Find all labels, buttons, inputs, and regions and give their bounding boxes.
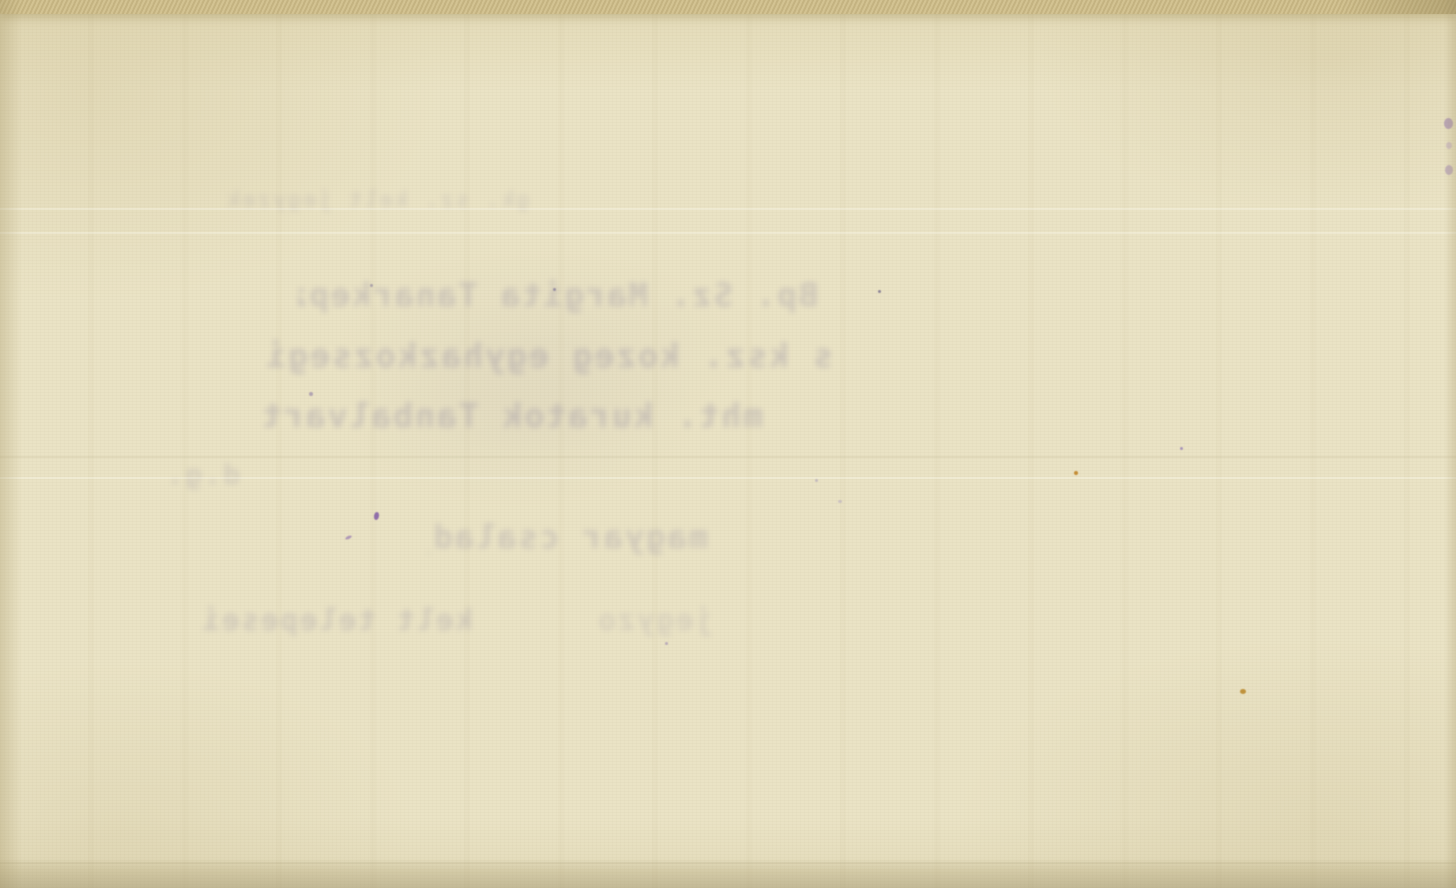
scanned-paper-page: gk. sz. kelt jegyzekBp. Sz. Margita Tana… <box>0 0 1456 888</box>
bleedthrough-line-centered: magyar csaladjai <box>428 514 708 560</box>
bleedthrough-layer: gk. sz. kelt jegyzekBp. Sz. Margita Tana… <box>0 0 1456 888</box>
scan-edge-bottom <box>0 858 1456 888</box>
bleedthrough-line-top: gk. sz. kelt jegyzek <box>215 186 530 216</box>
bleedthrough-line-bottom-left: kelt telepesei <box>173 600 473 640</box>
bleedthrough-line-para-3: mht. kuratok Tanbalvart 1951. Rev <box>243 392 763 440</box>
scan-edge-top <box>0 0 1456 14</box>
scan-edge-right <box>1444 0 1456 888</box>
scan-edge-left <box>0 0 22 888</box>
bleedthrough-line-bottom-right: jegyzo <box>593 600 713 640</box>
bleedthrough-line-short-left: d.g. <box>140 456 240 494</box>
bleedthrough-line-para-1: Bp. Sz. Margita Tanarkepzode f. <box>298 272 818 318</box>
bleedthrough-line-para-2: s ksz. kozeg egyhazkozsegi csaladok koz <box>243 332 833 380</box>
